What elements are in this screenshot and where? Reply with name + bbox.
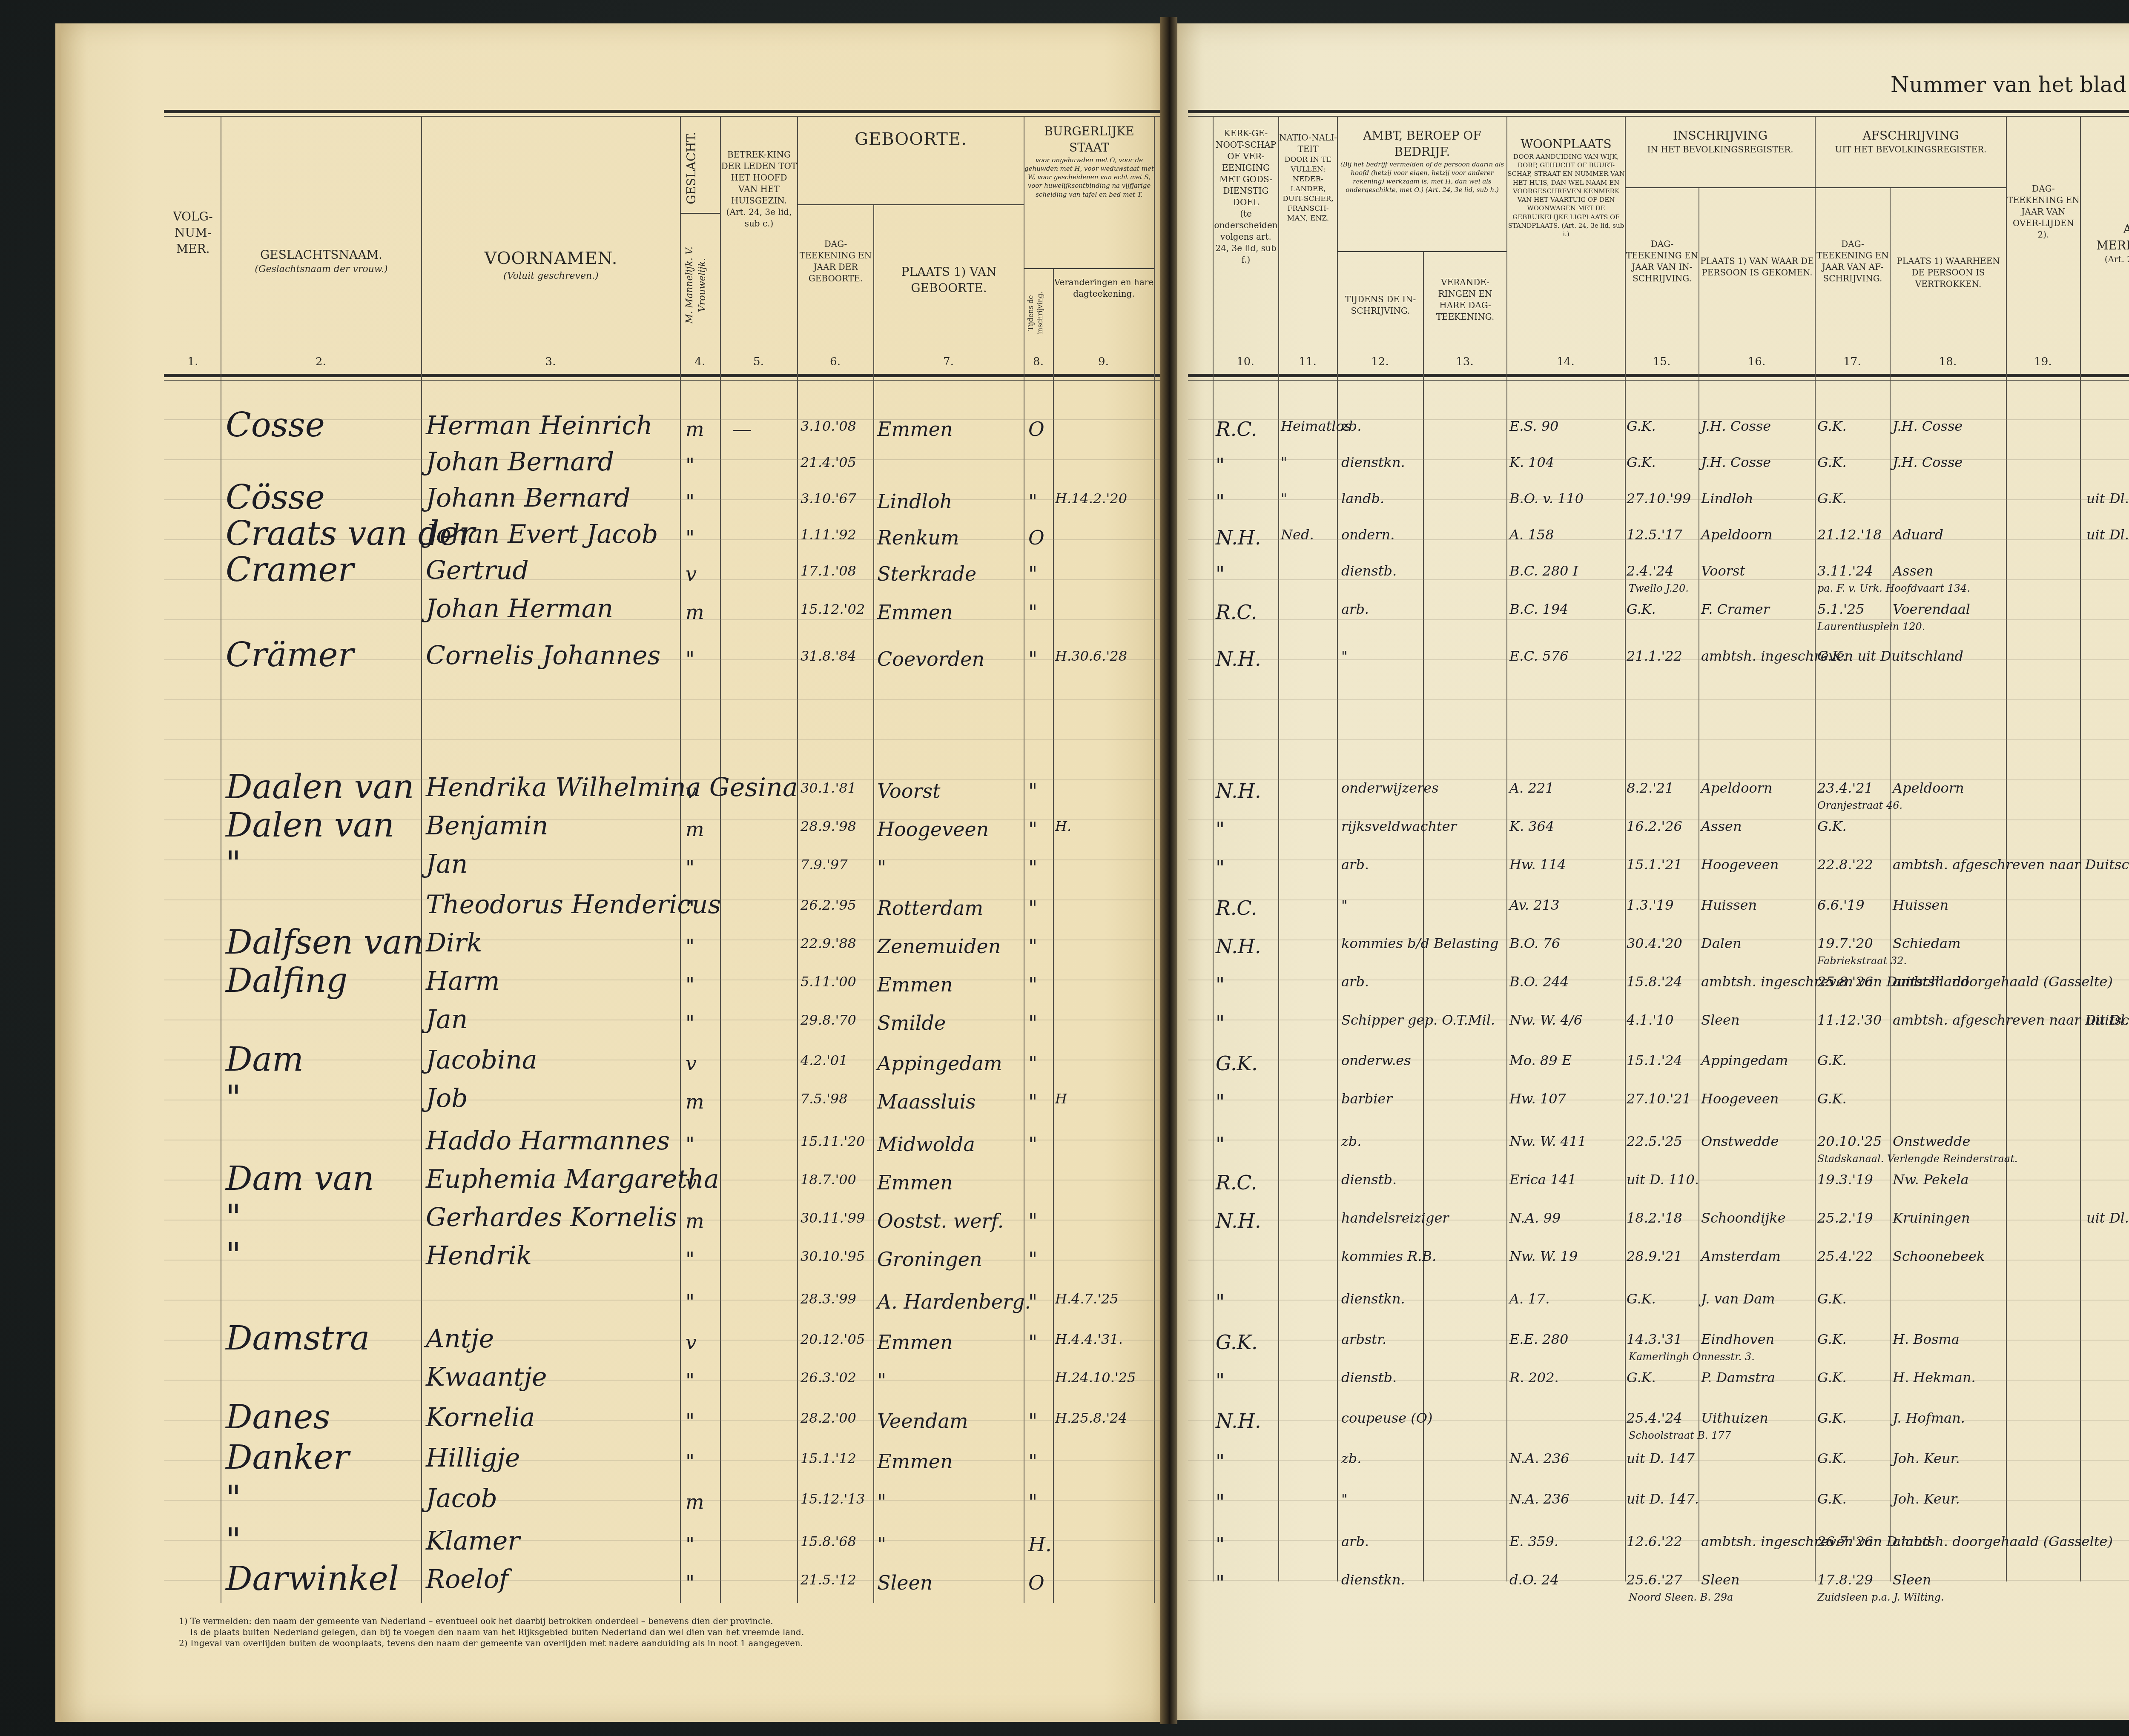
col-number: 7. <box>873 355 1024 368</box>
cell-church: G.K. <box>1216 1332 1258 1352</box>
col-header-tijdens-inschrijving: Tijdens de inschrijving. <box>1026 277 1052 349</box>
cell-civil: " <box>1028 1054 1037 1073</box>
col-header-veranderingen: Veranderingen en hare dagteekening. <box>1054 277 1154 300</box>
cell-church: R.C. <box>1216 602 1257 622</box>
cell-given: Gertrud <box>426 558 529 583</box>
cell-civil-change: H <box>1055 1092 1067 1106</box>
group-rule <box>1625 187 2006 188</box>
cell-church: N.H. <box>1216 781 1261 801</box>
cell-dob: 17.1.'08 <box>801 564 856 578</box>
header-top-rule <box>164 110 1160 113</box>
cell-in-date: 15.1.'24 <box>1627 1054 1682 1067</box>
cell-sex: m <box>686 419 704 439</box>
cell-addr: Hw. 107 <box>1509 1092 1566 1106</box>
cell-church: " <box>1216 492 1225 511</box>
cell-in-from: Sleen <box>1701 1573 1740 1587</box>
cell-civil: " <box>1028 1452 1037 1471</box>
cell-given: Johan Evert Jacob <box>426 521 658 547</box>
ruled-line <box>164 1260 1160 1260</box>
cell-surname: " <box>226 1081 241 1114</box>
cell-nat: " <box>1281 492 1287 505</box>
cell-given: Jacobina <box>426 1047 537 1073</box>
cell-out-date: G.K. <box>1817 649 1847 663</box>
cell-in-date: G.K. <box>1627 419 1656 433</box>
cell-sex: " <box>686 455 694 475</box>
cell-sex: m <box>686 1211 704 1231</box>
cell-civil: O <box>1028 1573 1044 1593</box>
col-divider <box>873 204 874 1603</box>
cell-in-from: Uithuizen <box>1701 1411 1768 1425</box>
col-divider <box>1506 117 1507 1581</box>
cell-sex: v <box>686 1332 697 1352</box>
cell-civil: " <box>1028 564 1037 584</box>
col-number: 4. <box>680 355 720 368</box>
cell-in-date: uit D. 147. <box>1627 1492 1699 1506</box>
cell-occ: zb. <box>1341 1452 1362 1465</box>
cell-pob: " <box>877 858 886 877</box>
col-divider <box>1890 187 1891 1581</box>
col-number: 6. <box>797 355 873 368</box>
cell-occ: " <box>1341 898 1348 912</box>
col-divider <box>1423 251 1424 1581</box>
cell-surname: Cosse <box>226 409 325 442</box>
group-header-geboorte: GEBOORTE. <box>798 128 1024 151</box>
cell-out-to: Joh. Keur. <box>1893 1452 1960 1465</box>
cell-out-to: ambtsh. afgeschreven naar Duitschland. <box>1893 858 2129 871</box>
cell-dob: 15.8.'68 <box>801 1535 856 1548</box>
cell-church: " <box>1216 1452 1225 1471</box>
cell-given: Antje <box>426 1326 494 1352</box>
cell-dob: 5.11.'00 <box>801 975 856 988</box>
cell-pob: Maassluis <box>877 1092 976 1111</box>
col-header-nationaliteit: NATIO-NALI-TEIT DOOR IN TE VULLEN: NEDER… <box>1279 132 1337 223</box>
cell-in-from: Apeldoorn <box>1701 528 1773 541</box>
cell-sex: " <box>686 1371 694 1390</box>
cell-occ: arb. <box>1341 975 1369 988</box>
cell-occ: dienstkn. <box>1341 455 1405 469</box>
cell-out-to: Sleen <box>1893 1573 1931 1587</box>
cell-in-date: 21.1.'22 <box>1627 649 1682 663</box>
col-number: 12. <box>1337 355 1423 368</box>
cell-out-date: 11.12.'30 <box>1817 1013 1882 1027</box>
cell-occ: dienstkn. <box>1341 1573 1405 1587</box>
cell-dob: 20.12.'05 <box>801 1332 865 1346</box>
cell-addr: Erica 141 <box>1509 1173 1576 1186</box>
cell-sex: " <box>686 1452 694 1471</box>
ruled-line <box>164 1060 1160 1060</box>
cell-church: " <box>1216 1013 1225 1033</box>
cell-in-from: Sleen <box>1701 1013 1740 1027</box>
cell-given: Kornelia <box>426 1405 535 1430</box>
cell-church: " <box>1216 1092 1225 1111</box>
cell-pob: Sterkrade <box>877 564 976 584</box>
cell-occ: arb. <box>1341 1535 1369 1548</box>
cell-addr: K. 104 <box>1509 455 1554 469</box>
col-divider <box>1278 117 1279 1581</box>
cell-out-to: Kruiningen <box>1893 1211 1970 1225</box>
ruled-line <box>1188 1380 2129 1381</box>
cell-addr: Nw. W. 19 <box>1509 1249 1578 1263</box>
cell-church: " <box>1216 1134 1225 1154</box>
cell-given: Johann Bernard <box>426 485 631 511</box>
cell-civil: " <box>1028 937 1037 956</box>
cell-in-date: 1.3.'19 <box>1627 898 1674 912</box>
cell-out-date: 3.11.'24 <box>1817 564 1873 578</box>
cell-civil: " <box>1028 1249 1037 1269</box>
cell-out-date: 25.8.'26 <box>1817 975 1873 988</box>
cell-in-date: G.K. <box>1627 1371 1656 1384</box>
cell-sex: v <box>686 1173 697 1192</box>
cell-in-date: 14.3.'31 <box>1627 1332 1682 1346</box>
cell-rel: — <box>732 419 752 439</box>
col-header-afschrijving-datum: DAG-TEEKENING EN JAAR VAN AF-SCHRIJVING. <box>1816 238 1890 284</box>
col-number: 1. <box>165 355 221 368</box>
col-divider <box>1625 117 1626 1581</box>
cell-out-date: 25.4.'22 <box>1817 1249 1873 1263</box>
cell-civil: " <box>1028 781 1037 801</box>
cell-out-date: 17.8.'29 <box>1817 1573 1873 1587</box>
ruled-line <box>164 739 1160 740</box>
cell-out-to: Onstwedde <box>1893 1134 1970 1148</box>
cell-surname: Dalfsen van <box>226 926 424 959</box>
cell-in-from: Hoogeveen <box>1701 1092 1779 1106</box>
col-number: 14. <box>1506 355 1625 368</box>
cell-given: Klamer <box>426 1528 520 1554</box>
cell-civil: " <box>1028 898 1037 918</box>
sheet-number-label: Nummer van het blad <box>1891 72 2126 97</box>
cell-in-from: F. Cramer <box>1701 602 1770 616</box>
col-divider <box>2080 117 2081 1581</box>
cell-addr: E.C. 576 <box>1509 649 1568 663</box>
cell-pob: Emmen <box>877 975 953 994</box>
col-number: 18. <box>1890 355 2006 368</box>
cell-occ: onderw.es <box>1341 1054 1411 1067</box>
ruled-line <box>164 1540 1160 1541</box>
cell-in-date: 12.6.'22 <box>1627 1535 1682 1548</box>
cell-in-from: Schoondijke <box>1701 1211 1786 1225</box>
cell-given: Hendrika Wilhelmina Gesina <box>426 775 798 800</box>
cell-surname: Dam van <box>226 1162 374 1195</box>
cell-given: Gerhardes Kornelis <box>426 1205 677 1230</box>
cell-given: Dirk <box>426 930 482 956</box>
group-header-afschrijving: AFSCHRIJVING UIT HET BEVOLKINGSREGISTER. <box>1816 128 2006 155</box>
col-header-tijdens-inschrijving-ambt: TIJDENS DE IN-SCHRIJVING. <box>1338 294 1423 317</box>
cell-addr: A. 17. <box>1509 1292 1549 1306</box>
cell-out-date: 21.12.'18 <box>1817 528 1882 541</box>
cell-in-date: 16.2.'26 <box>1627 819 1682 833</box>
footnotes: 1) Te vermelden: den naam der gemeente v… <box>179 1616 804 1649</box>
cell-in-from: Apeldoorn <box>1701 781 1773 795</box>
cell-out-date: G.K. <box>1817 1332 1847 1346</box>
cell-surname: Darwinkel <box>226 1562 399 1596</box>
cell-in-date: G.K. <box>1627 1292 1656 1306</box>
cell-occ: " <box>1341 1492 1348 1506</box>
cell-in-date: 8.2.'21 <box>1627 781 1674 795</box>
cell-surname: Daalen van <box>226 771 414 804</box>
cell-addr: Hw. 114 <box>1509 858 1566 871</box>
cell-in-date: uit D. 147 <box>1627 1452 1695 1465</box>
cell-sex: " <box>686 649 694 669</box>
cell-dob: 7.5.'98 <box>801 1092 848 1106</box>
cell-civil: " <box>1028 1292 1037 1312</box>
ruled-line <box>164 619 1160 620</box>
cell-sex: " <box>686 898 694 918</box>
cell-church: R.C. <box>1216 898 1257 918</box>
cell-in-date: 15.8.'24 <box>1627 975 1682 988</box>
cell-out-to: J.H. Cosse <box>1893 455 1963 469</box>
footnote-1: 1) Te vermelden: den naam der gemeente v… <box>179 1616 804 1627</box>
header-bottom-rule-right <box>1188 374 2129 377</box>
cell-in-date: 15.1.'21 <box>1627 858 1682 871</box>
cell-church: G.K. <box>1216 1054 1258 1073</box>
col-divider <box>1337 117 1338 1581</box>
ruled-line <box>164 1380 1160 1381</box>
cell-out-date: 25.2.'19 <box>1817 1211 1873 1225</box>
cell-in-date: 18.2.'18 <box>1627 1211 1682 1225</box>
cell-pob: " <box>877 1535 886 1554</box>
cell-out-to: Joh. Keur. <box>1893 1492 1960 1506</box>
cell-in-date: 25.4.'24 <box>1627 1411 1682 1425</box>
cell-dob: 7.9.'97 <box>801 858 848 871</box>
cell-pob: " <box>877 1492 886 1512</box>
cell-addr: Nw. W. 411 <box>1509 1134 1587 1148</box>
cell-out-to: Assen <box>1893 564 1934 578</box>
cell-given: Theodorus Hendericus <box>426 892 721 917</box>
cell-occ: arb. <box>1341 858 1369 871</box>
cell-civil: O <box>1028 528 1044 547</box>
cell-in-date: 27.10.'21 <box>1627 1092 1691 1106</box>
cell-pob: Emmen <box>877 1452 953 1471</box>
group-rule <box>1337 251 1506 252</box>
cell-occ: barbier <box>1341 1092 1392 1106</box>
cell-church: N.H. <box>1216 649 1261 669</box>
cell-occ: onderwijzeres <box>1341 781 1439 795</box>
cell-out-to: J.H. Cosse <box>1893 419 1963 433</box>
cell-out-date: G.K. <box>1817 1371 1847 1384</box>
cell-out-to: Schiedam <box>1893 937 1961 950</box>
cell-addr: R. 202. <box>1509 1371 1559 1384</box>
cell-surname: Damstra <box>226 1322 370 1355</box>
cell-occ: kommies R.B. <box>1341 1249 1436 1263</box>
cell-civil: " <box>1028 1411 1037 1431</box>
cell-out-to: Aduard <box>1893 528 1943 541</box>
cell-civil: " <box>1028 649 1037 669</box>
cell-pob: Hoogeveen <box>877 819 989 839</box>
cell-occ: arbstr. <box>1341 1332 1386 1346</box>
cell-in-from: Lindloh <box>1701 492 1753 505</box>
cell-out-to: Schoonebeek <box>1893 1249 1985 1263</box>
col-number: 10. <box>1213 355 1278 368</box>
cell-church: " <box>1216 858 1225 877</box>
cell-dob: 29.8.'70 <box>801 1013 856 1027</box>
cell-dob: 28.9.'98 <box>801 819 856 833</box>
cell-dob: 15.12.'02 <box>801 602 865 616</box>
cell-pob: Zenemuiden <box>877 937 1001 956</box>
cell-given: Roelof <box>426 1567 508 1592</box>
cell-in-from: Onstwedde <box>1701 1134 1779 1148</box>
cell-remark: uit Dl. 29/18. <box>2086 1013 2129 1027</box>
cell-civil: " <box>1028 975 1037 994</box>
cell-dob: 28.2.'00 <box>801 1411 856 1425</box>
cell-sex: m <box>686 1092 704 1111</box>
cell-in-date: 30.4.'20 <box>1627 937 1682 950</box>
cell-pob: Lindloh <box>877 492 952 511</box>
cell-in-from: J.H. Cosse <box>1701 419 1771 433</box>
cell-occ: handelsreiziger <box>1341 1211 1449 1225</box>
col-header-inschrijving-plaats: PLAATS 1) VAN WAAR DE PERSOON IS GEKOMEN… <box>1699 255 1815 278</box>
header-top-rule-right <box>1188 110 2129 113</box>
cell-out-to: Huissen <box>1893 898 1948 912</box>
cell-civil: " <box>1028 1211 1037 1231</box>
cell-out-date: 19.3.'19 <box>1817 1173 1873 1186</box>
cell-out-date: G.K. <box>1817 1054 1847 1067</box>
cell-addr: Av. 213 <box>1509 898 1560 912</box>
col-header-afschrijving-plaats: PLAATS 1) WAARHEEN DE PERSOON IS VERTROK… <box>1891 255 2006 290</box>
col-header-betrekking: BETREK-KING DER LEDEN TOT HET HOOFD VAN … <box>721 149 797 229</box>
cell-given: Hendrik <box>426 1243 532 1269</box>
cell-addr: E.E. 280 <box>1509 1332 1568 1346</box>
cell-dob: 18.7.'00 <box>801 1173 856 1186</box>
cell-civil: " <box>1028 819 1037 839</box>
cell-nat: Ned. <box>1281 528 1314 541</box>
cell-addr: N.A. 236 <box>1509 1492 1569 1506</box>
cell-church: N.H. <box>1216 528 1261 547</box>
cell-addr: N.A. 236 <box>1509 1452 1569 1465</box>
cell-remark: uit Dl. 26/1 <box>2086 492 2129 505</box>
cell-church: N.H. <box>1216 1411 1261 1431</box>
cell-church: R.C. <box>1216 419 1257 439</box>
cell-civil: " <box>1028 492 1037 511</box>
cell-civil: " <box>1028 1492 1037 1512</box>
cell-out-date: 19.7.'20 <box>1817 937 1873 950</box>
ruled-line <box>1188 619 2129 620</box>
col-header-geslacht-note: M. Mannelijk. V. Vrouwelijk. <box>683 221 717 349</box>
cell-out-date: 20.10.'25 <box>1817 1134 1882 1148</box>
cell-dob: 26.2.'95 <box>801 898 856 912</box>
ruled-line <box>164 1100 1160 1100</box>
ruled-line <box>1188 699 2129 700</box>
cell-out-to-note: Stadskanaal. Verlengde Reinderstraat. <box>1817 1154 2017 1164</box>
cell-in-from: Dalen <box>1701 937 1742 950</box>
cell-civil-change: H. <box>1055 819 1071 833</box>
cell-occ: dienstkn. <box>1341 1292 1405 1306</box>
cell-church: " <box>1216 564 1225 584</box>
col-header-aanmerkingen: AAN-MERKINGEN. (Art. 24, 5e lid.) <box>2081 221 2129 265</box>
header-bottom-rule <box>164 374 1160 377</box>
cell-church: " <box>1216 1292 1225 1312</box>
cell-out-date: 6.6.'19 <box>1817 898 1865 912</box>
col-divider <box>1213 117 1214 1581</box>
cell-civil: O <box>1028 419 1044 439</box>
cell-church: N.H. <box>1216 937 1261 956</box>
cell-nat: Heimatlos <box>1281 419 1351 433</box>
cell-surname: Cösse <box>226 481 325 514</box>
cell-church: " <box>1216 1535 1225 1554</box>
cell-out-date: G.K. <box>1817 492 1847 505</box>
cell-civil: H. <box>1028 1535 1052 1554</box>
cell-civil: " <box>1028 1092 1037 1111</box>
cell-in-date: 28.9.'21 <box>1627 1249 1682 1263</box>
cell-in-from: Assen <box>1701 819 1742 833</box>
cell-addr: B.O. v. 110 <box>1509 492 1584 505</box>
col-divider <box>2006 117 2007 1581</box>
cell-pob: Emmen <box>877 419 953 439</box>
ruled-line <box>164 859 1160 860</box>
col-number: 9. <box>1053 355 1154 368</box>
cell-occ: Schipper gep. O.T.Mil. <box>1341 1013 1495 1027</box>
cell-dob: 21.4.'05 <box>801 455 856 469</box>
cell-out-to: ambtsh. doorgehaald (Gasselte) <box>1893 975 2113 988</box>
cell-out-to: H. Hekman. <box>1893 1371 1976 1384</box>
cell-dob: 15.1.'12 <box>801 1452 856 1465</box>
cell-civil-change: H.4.4.'31. <box>1055 1332 1123 1346</box>
ruled-line <box>164 699 1160 700</box>
cell-in-from: Eindhoven <box>1701 1332 1774 1346</box>
cell-sex: m <box>686 602 704 622</box>
cell-sex: " <box>686 1134 694 1154</box>
cell-out-to: Nw. Pekela <box>1893 1173 1969 1186</box>
cell-occ: rijksveldwachter <box>1341 819 1457 833</box>
cell-addr: Nw. W. 4/6 <box>1509 1013 1582 1027</box>
cell-occ: dienstb. <box>1341 564 1397 578</box>
cell-addr: B.O. 76 <box>1509 937 1560 950</box>
cell-in-date: uit D. 110. <box>1627 1173 1699 1186</box>
col-divider <box>1699 187 1699 1581</box>
cell-pob: Voorst <box>877 781 940 801</box>
group-rule <box>1024 268 1154 269</box>
cell-out-to: ambtsh. doorgehaald (Gasselte) <box>1893 1535 2113 1548</box>
cell-occ: landb. <box>1341 492 1384 505</box>
col-number: 11. <box>1278 355 1337 368</box>
cell-occ: arb. <box>1341 602 1369 616</box>
cell-civil: " <box>1028 858 1037 877</box>
cell-in-date: 22.5.'25 <box>1627 1134 1682 1148</box>
cell-pob: Rotterdam <box>877 898 983 918</box>
cell-nat: " <box>1281 455 1287 469</box>
cell-occ: kommies b/d Belasting <box>1341 937 1498 950</box>
header-bottom-rule-thin <box>164 380 1160 381</box>
cell-pob: Veendam <box>877 1411 968 1431</box>
col-header-volgnummer: VOLG-NUM-MER. <box>165 209 221 257</box>
header-top-rule-thin-right <box>1188 116 2129 117</box>
col-divider <box>1815 117 1816 1581</box>
cell-pob: Appingedam <box>877 1054 1002 1073</box>
cell-church: " <box>1216 1492 1225 1512</box>
cell-given: Euphemia Margaretha <box>426 1166 719 1192</box>
cell-dob: 3.10.'08 <box>801 419 856 433</box>
cell-addr: B.C. 280 I <box>1509 564 1578 578</box>
cell-given: Kwaantje <box>426 1364 547 1390</box>
cell-occ: zb. <box>1341 1134 1362 1148</box>
book-gutter <box>1160 17 1177 1724</box>
cell-out-date: 23.4.'21 <box>1817 781 1873 795</box>
cell-in-from-note: Noord Sleen. B. 29a <box>1629 1592 1733 1602</box>
cell-addr: d.O. 24 <box>1509 1573 1559 1587</box>
group-header-inschrijving: INSCHRIJVING IN HET BEVOLKINGSREGISTER. <box>1626 128 1815 155</box>
cell-sex: v <box>686 1054 697 1073</box>
cell-dob: 28.3.'99 <box>801 1292 856 1306</box>
cell-dob: 30.11.'99 <box>801 1211 865 1225</box>
cell-surname: Danes <box>226 1401 330 1434</box>
cell-church: " <box>1216 1573 1225 1593</box>
cell-out-date: G.K. <box>1817 1292 1847 1306</box>
ruled-line <box>1188 459 2129 460</box>
cell-given: Jan <box>426 1007 468 1032</box>
cell-dob: 3.10.'67 <box>801 492 856 505</box>
cell-out-date: G.K. <box>1817 1492 1847 1506</box>
ruled-line <box>1188 1300 2129 1301</box>
ruled-line <box>164 1500 1160 1501</box>
